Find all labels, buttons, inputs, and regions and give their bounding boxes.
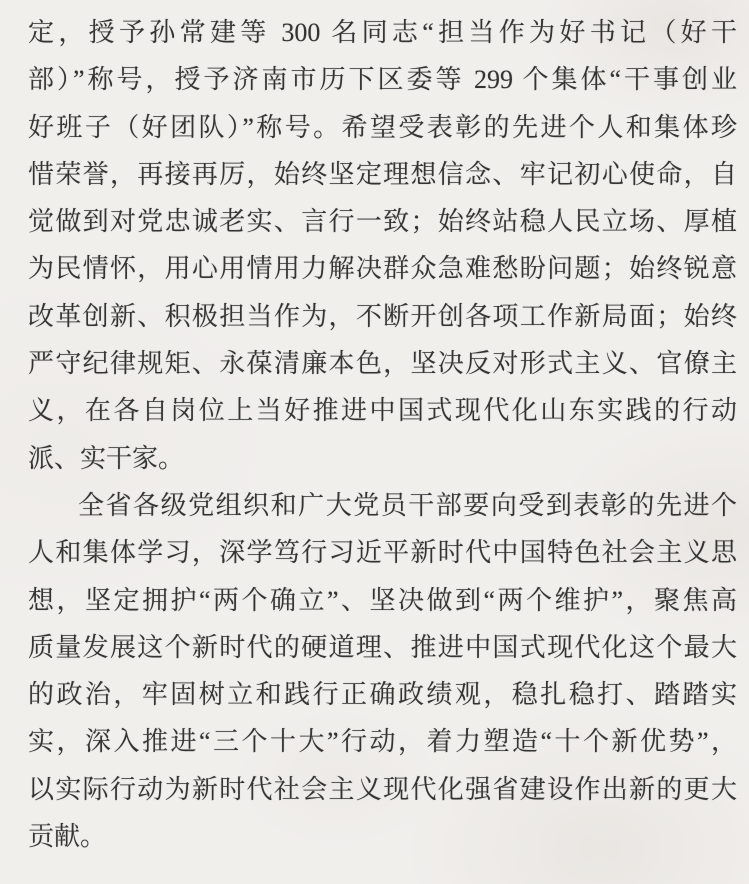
text-line: 实，深入推进“三个十大”行动，着力塑造“十个新优势”， [28, 718, 737, 765]
text-block: 定，授予孙常建等 300 名同志“担当作为好书记（好干部）”称号，授予济南市历下… [28, 9, 737, 860]
text-line: 派、实干家。 [28, 435, 737, 482]
text-line: 改革创新、积极担当作为，不断开创各项工作新局面；始终 [28, 293, 737, 340]
text-line: 以实际行动为新时代社会主义现代化强省建设作出新的更大 [28, 766, 737, 813]
text-line: 贡献。 [28, 813, 737, 860]
text-line: 人和集体学习，深学笃行习近平新时代中国特色社会主义思 [28, 529, 737, 576]
text-line: 惜荣誉，再接再厉，始终坚定理想信念、牢记初心使命，自 [28, 151, 737, 198]
text-line: 的政治，牢固树立和践行正确政绩观，稳扎稳打、踏踏实 [28, 671, 737, 718]
text-line: 想，坚定拥护“两个确立”、坚决做到“两个维护”，聚焦高 [28, 577, 737, 624]
text-line: 定，授予孙常建等 300 名同志“担当作为好书记（好干 [28, 9, 737, 56]
text-line: 觉做到对党忠诚老实、言行一致；始终站稳人民立场、厚植 [28, 198, 737, 245]
text-line: 部）”称号，授予济南市历下区委等 299 个集体“干事创业 [28, 56, 737, 103]
text-line: 义，在各自岗位上当好推进中国式现代化山东实践的行动 [28, 387, 737, 434]
document-page: 定，授予孙常建等 300 名同志“担当作为好书记（好干部）”称号，授予济南市历下… [0, 0, 749, 884]
text-line: 严守纪律规矩、永葆清廉本色，坚决反对形式主义、官僚主 [28, 340, 737, 387]
text-line: 质量发展这个新时代的硬道理、推进中国式现代化这个最大 [28, 624, 737, 671]
text-line: 为民情怀，用心用情用力解决群众急难愁盼问题；始终锐意 [28, 245, 737, 292]
text-line: 好班子（好团队）”称号。希望受表彰的先进个人和集体珍 [28, 104, 737, 151]
text-line: 全省各级党组织和广大党员干部要向受到表彰的先进个 [28, 482, 737, 529]
